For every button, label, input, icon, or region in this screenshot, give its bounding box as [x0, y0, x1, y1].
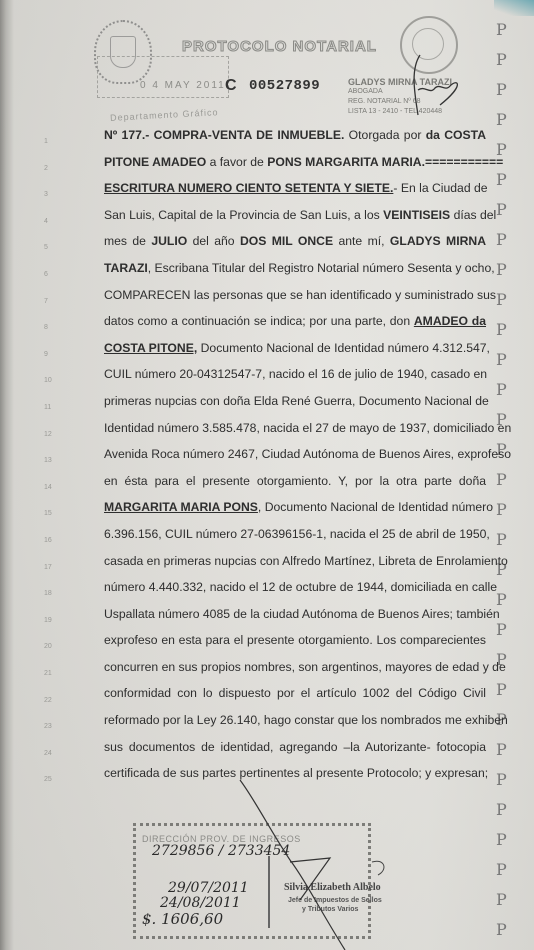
- text-line: Avenida Roca número 2467, Ciudad Autónom…: [104, 441, 486, 468]
- line-number: 9: [44, 351, 48, 358]
- margin-initial-mark: P: [496, 920, 507, 939]
- line-number: 19: [44, 617, 52, 624]
- line-number: 15: [44, 510, 52, 517]
- deed-text: Nº 177.- COMPRA-VENTA DE INMUEBLE. Otorg…: [104, 122, 486, 787]
- margin-initial-mark: P: [496, 770, 507, 789]
- margin-initial-mark: P: [496, 350, 507, 369]
- line-number: 14: [44, 484, 52, 491]
- tax-receipt-numbers: 2729856 / 2733454: [152, 843, 290, 859]
- text-line: casada en primeras nupcias con Alfredo M…: [104, 548, 486, 575]
- text-line: TARAZI, Escribana Titular del Registro N…: [104, 255, 486, 282]
- line-number: 12: [44, 431, 52, 438]
- margin-initial-mark: P: [496, 890, 507, 909]
- notary-seal-icon: [400, 16, 458, 74]
- text-line: datos como a continuación se indica; por…: [104, 308, 486, 335]
- line-number: 5: [44, 244, 48, 251]
- line-number: 7: [44, 298, 48, 305]
- text-line: exprofeso en esta para el presente otorg…: [104, 627, 486, 654]
- margin-initial-mark: P: [496, 470, 507, 489]
- line-number: 2: [44, 165, 48, 172]
- margin-initial-mark: P: [496, 830, 507, 849]
- text-line: Identidad número 3.585.478, nacida el 27…: [104, 415, 486, 442]
- margin-initial-mark: P: [496, 740, 507, 759]
- text-line: 6.396.156, CUIL número 27-06396156-1, na…: [104, 521, 486, 548]
- text-line: conformidad con lo dispuesto por el artí…: [104, 680, 486, 707]
- margin-initial-mark: P: [496, 290, 507, 309]
- text-line: San Luis, Capital de la Provincia de San…: [104, 202, 486, 229]
- line-number: 4: [44, 218, 48, 225]
- line-number: 10: [44, 377, 52, 384]
- text-line: CUIL número 20-04312547-7, nacido el 16 …: [104, 361, 486, 388]
- line-number: 21: [44, 670, 52, 677]
- official-title: Jefe de Impuestos de Sellos: [288, 897, 382, 904]
- margin-initial-mark: P: [496, 530, 507, 549]
- registration-stamp: [97, 56, 229, 98]
- text-line: reformado por la Ley 26.140, hago consta…: [104, 707, 486, 734]
- line-number: 18: [44, 590, 52, 597]
- tax-date-2: 24/08/2011: [160, 895, 241, 911]
- tax-stamp-divider: [268, 856, 270, 928]
- margin-initial-mark: P: [496, 50, 507, 69]
- text-line: COSTA PITONE, Documento Nacional de Iden…: [104, 335, 486, 362]
- text-line: Nº 177.- COMPRA-VENTA DE INMUEBLE. Otorg…: [104, 122, 486, 149]
- text-line: sus documentos de identidad, agregando –…: [104, 734, 486, 761]
- margin-initial-mark: P: [496, 500, 507, 519]
- margin-initial-mark: P: [496, 380, 507, 399]
- series-letter: C: [225, 77, 237, 95]
- line-number: 17: [44, 564, 52, 571]
- text-line: MARGARITA MARIA PONS, Documento Nacional…: [104, 494, 486, 521]
- notary-address: LISTA 13 - 2410 - TEL 420448: [348, 107, 452, 117]
- notary-role: ABOGADA: [348, 87, 452, 97]
- notary-name: GLADYS MIRNA TARAZI: [348, 77, 452, 87]
- serial-number: 00527899: [249, 78, 320, 94]
- margin-initial-mark: P: [496, 230, 507, 249]
- text-line: Uspallata número 4085 de la ciudad Autón…: [104, 601, 486, 628]
- official-title-2: y Tributos Varios: [302, 906, 358, 913]
- margin-initial-mark: P: [496, 680, 507, 699]
- official-name: Silvia Elizabeth Albelo: [284, 882, 381, 893]
- text-line: concurren en sus propios nombres, son ar…: [104, 654, 486, 681]
- line-number: 8: [44, 324, 48, 331]
- text-line: primeras nupcias con doña Elda René Guer…: [104, 388, 486, 415]
- line-number: 3: [44, 191, 48, 198]
- text-line: COMPARECEN las personas que se han ident…: [104, 282, 486, 309]
- margin-initial-mark: P: [496, 200, 507, 219]
- stamp-date: 0 4 MAY 2011: [140, 80, 226, 91]
- notary-name-stamp: GLADYS MIRNA TARAZI ABOGADA REG. NOTARIA…: [348, 77, 452, 117]
- line-number: 1: [44, 138, 48, 145]
- line-number: 23: [44, 723, 52, 730]
- text-line: en ésta para el presente otorgamiento. Y…: [104, 468, 486, 495]
- line-number: 13: [44, 457, 52, 464]
- margin-initial-mark: P: [496, 320, 507, 339]
- line-number: 11: [44, 404, 51, 411]
- protocol-title: PROTOCOLO NOTARIAL: [182, 38, 377, 55]
- text-line: mes de JULIO del año DOS MIL ONCE ante m…: [104, 228, 486, 255]
- margin-initial-mark: P: [496, 20, 507, 39]
- line-number: 20: [44, 643, 52, 650]
- text-line: PITONE AMADEO a favor de PONS MARGARITA …: [104, 149, 486, 176]
- background-corner: [494, 0, 534, 16]
- tax-amount: $. 1606,60: [142, 910, 223, 928]
- margin-initial-mark: P: [496, 620, 507, 639]
- line-number: 6: [44, 271, 48, 278]
- margin-initial-mark: P: [496, 800, 507, 819]
- text-line: ESCRITURA NUMERO CIENTO SETENTA Y SIETE.…: [104, 175, 486, 202]
- margin-initial-mark: P: [496, 80, 507, 99]
- margin-initial-mark: P: [496, 860, 507, 879]
- margin-initial-mark: P: [496, 170, 507, 189]
- margin-initial-mark: P: [496, 260, 507, 279]
- line-number: 24: [44, 750, 52, 757]
- text-line: número 4.440.332, nacido el 12 de octubr…: [104, 574, 486, 601]
- text-line: certificada de sus partes pertinentes al…: [104, 760, 486, 787]
- notary-registry: REG. NOTARIAL Nº 68: [348, 97, 452, 107]
- tax-date-1: 29/07/2011: [168, 880, 249, 896]
- department-stamp: Departamento Gráfico: [110, 107, 219, 123]
- line-number: 22: [44, 697, 52, 704]
- line-number: 25: [44, 776, 52, 783]
- line-number: 16: [44, 537, 52, 544]
- margin-initial-mark: P: [496, 110, 507, 129]
